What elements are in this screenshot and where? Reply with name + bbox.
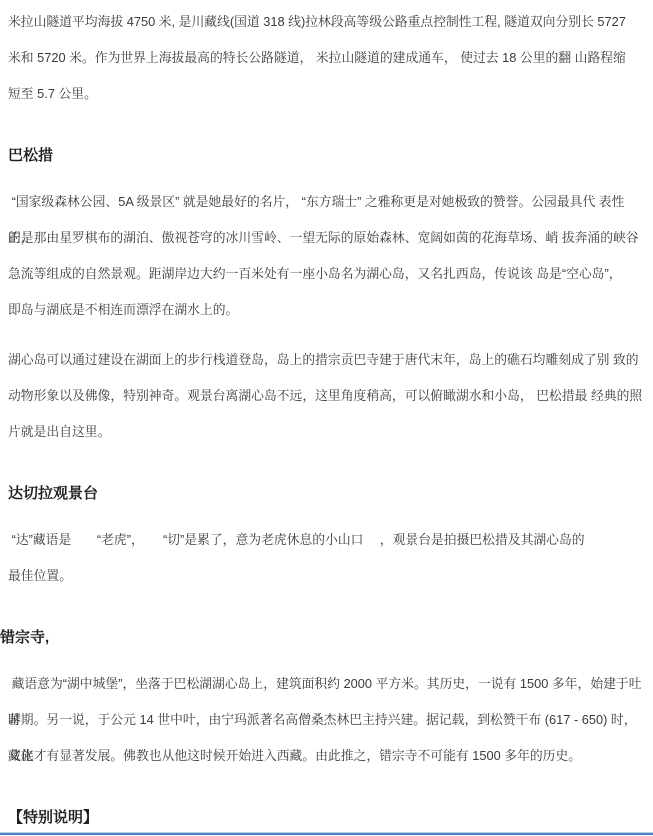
heading-special-note: 【特别说明】 bbox=[8, 800, 648, 836]
bottom-divider bbox=[0, 832, 653, 835]
text-line: 湖心岛可以通过建设在湖面上的步行栈道登岛，岛上的措宗贡巴寺建于唐代末年，岛上的礁… bbox=[8, 342, 648, 378]
text-line: 短至 5.7 公里。 bbox=[8, 76, 648, 112]
text-line: 急流等组成的自然景观。距湖岸边大约一百米处有一座小岛名为湖心岛，又名扎西岛，传说… bbox=[8, 256, 648, 292]
text-line: 米和 5720 米。作为世界上海拔最高的特长公路隧道， 米拉山隧道的建成通车， … bbox=[8, 40, 648, 76]
text-line: 文化才有显著发展。佛教也从他这时候开始进入西藏。由此推之，错宗寺不可能有 150… bbox=[8, 738, 648, 774]
text-line: 片就是出自这里。 bbox=[8, 414, 648, 450]
heading-basongcuo: 巴松措 bbox=[8, 138, 648, 174]
document-body: 米拉山隧道平均海拔 4750 米, 是川藏线(国道 318 线)拉林段高等级公路… bbox=[0, 0, 653, 836]
mila-tunnel-intro: 米拉山隧道平均海拔 4750 米, 是川藏线(国道 318 线)拉林段高等级公路… bbox=[8, 4, 648, 112]
text-line: 时期。另一说，于公元 14 世中叶，由宁玛派著名高僧桑杰林巴主持兴建。据记载，到… bbox=[8, 702, 648, 738]
text-line: 米拉山隧道平均海拔 4750 米, 是川藏线(国道 318 线)拉林段高等级公路… bbox=[8, 4, 648, 40]
text-line: 即岛与湖底是不相连而漂浮在湖水上的。 bbox=[8, 292, 648, 328]
text-line: 正是那由星罗棋布的湖泊、傲视苍穹的冰川雪岭、一望无际的原始森林、宽阔如茵的花海草… bbox=[8, 220, 648, 256]
heading-cuozong-temple: 错宗寺, bbox=[0, 620, 648, 656]
basongcuo-desc: “国家级森林公园、5A 级景区” 就是她最好的名片， “东方瑞士” 之雅称更是对… bbox=[8, 184, 648, 328]
text-line: 最佳位置。 bbox=[8, 558, 648, 594]
heading-daqiela-viewpoint: 达切拉观景台 bbox=[8, 476, 648, 512]
text-line: “达”藏语是 “老虎”， “切”是累了，意为老虎休息的小山口 ，观景台是拍摄巴松… bbox=[8, 522, 648, 558]
cuozong-temple-desc: 藏语意为“湖中城堡”，坐落于巴松湖湖心岛上，建筑面积约 2000 平方米。其历史… bbox=[8, 666, 648, 774]
text-line: 动物形象以及佛像，特别神奇。观景台离湖心岛不远，这里角度稍高，可以俯瞰湖水和小岛… bbox=[8, 378, 648, 414]
text-line: 藏语意为“湖中城堡”，坐落于巴松湖湖心岛上，建筑面积约 2000 平方米。其历史… bbox=[8, 666, 648, 702]
text-line: “国家级森林公园、5A 级景区” 就是她最好的名片， “东方瑞士” 之雅称更是对… bbox=[8, 184, 648, 220]
lake-island-desc: 湖心岛可以通过建设在湖面上的步行栈道登岛，岛上的措宗贡巴寺建于唐代末年，岛上的礁… bbox=[8, 342, 648, 450]
document-page: 米拉山隧道平均海拔 4750 米, 是川藏线(国道 318 线)拉林段高等级公路… bbox=[0, 0, 653, 836]
daqiela-desc: “达”藏语是 “老虎”， “切”是累了，意为老虎休息的小山口 ，观景台是拍摄巴松… bbox=[8, 522, 648, 594]
